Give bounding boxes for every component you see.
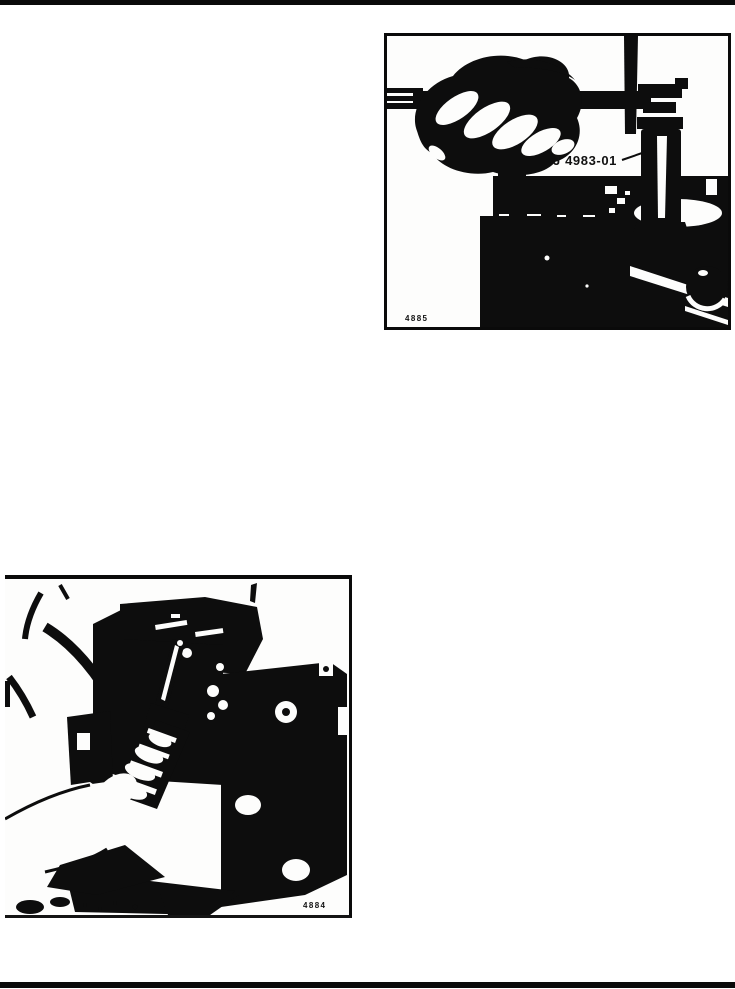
tool-label: J 4983-01 <box>553 153 617 168</box>
photo-bottom-art: 4884 <box>5 579 349 915</box>
driver-tool <box>633 129 689 234</box>
page-bottom-rule <box>0 982 735 988</box>
photo-number-bottom: 4884 <box>303 901 326 910</box>
figure-photo-bottom: 4884 <box>5 575 352 918</box>
photo-number-top: 4885 <box>405 314 428 323</box>
photo-top-art: J 4983-01 4885 <box>387 36 728 327</box>
figure-photo-top: J 4983-01 4885 <box>384 33 731 330</box>
background-rod <box>624 36 638 134</box>
tool-callout: J 4983-01 <box>553 152 645 168</box>
socket-head <box>637 78 688 129</box>
page-top-rule <box>0 0 735 5</box>
